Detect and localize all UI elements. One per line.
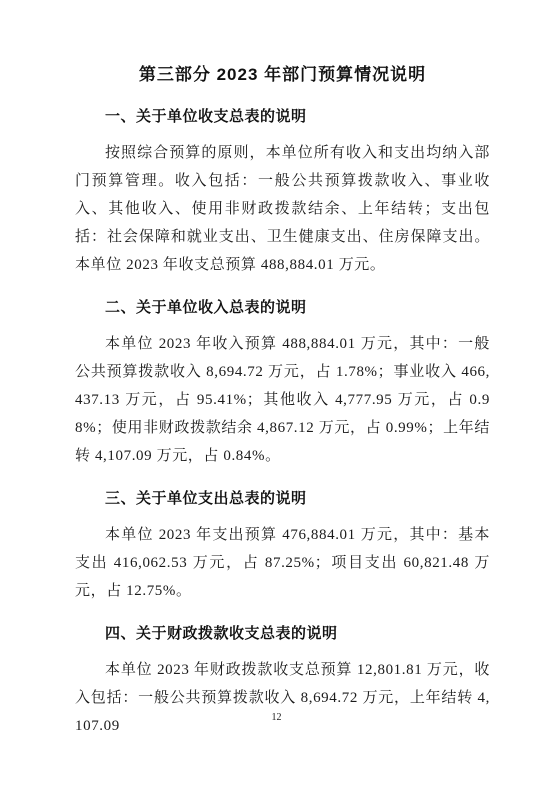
document-section: 二、关于单位收入总表的说明 本单位 2023 年收入预算 488,884.01 … (75, 294, 490, 470)
document-section: 三、关于单位支出总表的说明 本单位 2023 年支出预算 476,884.01 … (75, 485, 490, 605)
sections-container: 一、关于单位收支总表的说明 按照综合预算的原则，本单位所有收入和支出均纳入部门预… (75, 103, 490, 740)
section-heading: 二、关于单位收入总表的说明 (75, 294, 490, 322)
section-heading: 三、关于单位支出总表的说明 (75, 485, 490, 513)
page-number: 12 (0, 712, 553, 723)
page-title: 第三部分 2023 年部门预算情况说明 (75, 62, 490, 88)
section-paragraph: 本单位 2023 年财政拨款收支总预算 12,801.81 万元，收入包括：一般… (75, 656, 490, 740)
section-heading: 一、关于单位收支总表的说明 (75, 103, 490, 131)
document-section: 一、关于单位收支总表的说明 按照综合预算的原则，本单位所有收入和支出均纳入部门预… (75, 103, 490, 279)
section-paragraph: 本单位 2023 年收入预算 488,884.01 万元，其中：一般公共预算拨款… (75, 330, 490, 470)
section-heading: 四、关于财政拨款收支总表的说明 (75, 620, 490, 648)
document-page: 第三部分 2023 年部门预算情况说明 一、关于单位收支总表的说明 按照综合预算… (0, 0, 553, 792)
section-paragraph: 本单位 2023 年支出预算 476,884.01 万元，其中：基本支出 416… (75, 521, 490, 605)
section-paragraph: 按照综合预算的原则，本单位所有收入和支出均纳入部门预算管理。收入包括：一般公共预… (75, 139, 490, 279)
